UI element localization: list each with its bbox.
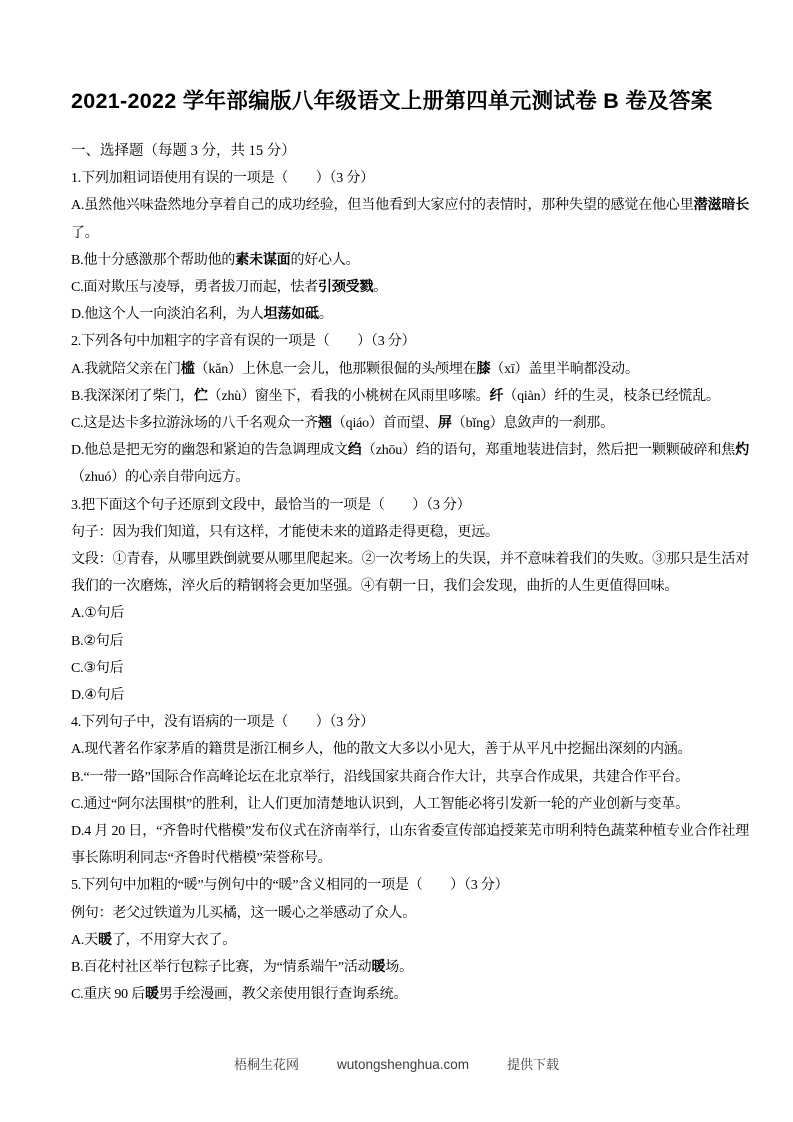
doc-paragraph: 5.下列句中加粗的“暖”与例句中的“暖”含义相同的一项是（ ）（3 分） (71, 872, 749, 899)
doc-paragraph: A.天暖了，不用穿大衣了。 (71, 927, 749, 954)
doc-paragraph: D.4 月 20 日，“齐鲁时代楷模”发布仪式在济南举行，山东省委宣传部追授莱芜… (71, 818, 749, 872)
bold-run: 翘 (318, 416, 332, 431)
footer-site-name: 梧桐生花网 (234, 1056, 299, 1074)
doc-paragraph: A.我就陪父亲在门槛（kǎn）上休息一会儿，他那颗很倔的头颅埋在膝（xī）盖里半… (71, 356, 749, 383)
section-heading: 一、选择题（每题 3 分，共 15 分） (71, 138, 749, 165)
text-run: 了，不用穿大衣了。 (112, 933, 236, 948)
bold-run: 坦荡如砥 (264, 307, 319, 322)
bold-run: 素未谋面 (235, 253, 290, 268)
page-title: 2021-2022 学年部编版八年级语文上册第四单元测试卷 B 卷及答案 (71, 86, 749, 116)
bold-run: 槛 (181, 362, 195, 377)
bold-run: 屏 (438, 416, 452, 431)
bold-run: 绉 (348, 443, 362, 458)
doc-paragraph: C.面对欺压与凌辱，勇者拔刀而起，怯者引颈受戮。 (71, 274, 749, 301)
text-run: B.“一带一路”国际合作高峰论坛在北京举行，沿线国家共商合作大计，共享合作成果，… (71, 770, 689, 785)
text-run: 例句：老父过铁道为儿买橘，这一暖心之举感动了众人。 (71, 906, 416, 921)
doc-paragraph: A.虽然他兴味盎然地分享着自己的成功经验，但当他看到大家应付的表情时，那种失望的… (71, 192, 749, 246)
doc-paragraph: B.百花村社区举行包粽子比赛，为“情系端午”活动暖场。 (71, 954, 749, 981)
text-run: A.虽然他兴味盎然地分享着自己的成功经验，但当他看到大家应付的表情时，那种失望的… (71, 198, 694, 213)
doc-paragraph: C.通过“阿尔法围棋”的胜利，让人们更加清楚地认识到，人工智能必将引发新一轮的产… (71, 791, 749, 818)
text-run: A.我就陪父亲在门 (71, 362, 181, 377)
footer-download-text: 提供下载 (507, 1056, 559, 1074)
doc-paragraph: 1.下列加粗词语使用有误的一项是（ ）（3 分） (71, 165, 749, 192)
text-run: 2.下列各句中加粗字的字音有误的一项是（ ）（3 分） (71, 334, 415, 349)
doc-paragraph: 2.下列各句中加粗字的字音有误的一项是（ ）（3 分） (71, 328, 749, 355)
text-run: 的好心人。 (290, 253, 359, 268)
text-run: 4.下列句子中，没有语病的一项是（ ）（3 分） (71, 715, 374, 730)
text-run: B.他十分感激那个帮助他的 (71, 253, 235, 268)
doc-paragraph: B.我深深闭了柴门，伫（zhù）窗坐下，看我的小桃树在风雨里哆嗦。纤（qiàn）… (71, 383, 749, 410)
doc-paragraph: 3.把下面这个句子还原到文段中，最恰当的一项是（ ）（3 分） (71, 492, 749, 519)
doc-paragraph: D.他这个人一向淡泊名利，为人坦荡如砥。 (71, 301, 749, 328)
text-run: （bǐng）息敛声的一刹那。 (452, 416, 614, 431)
text-run: B.百花村社区举行包粽子比赛，为“情系端午”活动 (71, 960, 371, 975)
text-run: （zhù）窗坐下，看我的小桃树在风雨里哆嗦。 (208, 389, 490, 404)
text-run: （qiàn）纤的生灵，枝条已经慌乱。 (503, 389, 720, 404)
text-run: D.他总是把无穷的幽怨和紧迫的告急调理成文 (71, 443, 348, 458)
doc-paragraph: D.④句后 (71, 682, 749, 709)
text-run: （zhōu）绉的语句，郑重地装进信封，然后把一颗颗破碎和焦 (362, 443, 735, 458)
doc-paragraph: A.现代著名作家茅盾的籍贯是浙江桐乡人，他的散文大多以小见大，善于从平凡中挖掘出… (71, 736, 749, 763)
document-page: 2021-2022 学年部编版八年级语文上册第四单元测试卷 B 卷及答案 一、选… (0, 0, 793, 1122)
bold-run: 膝 (476, 362, 490, 377)
text-run: B.②句后 (71, 634, 123, 649)
text-run: 5.下列句中加粗的“暖”与例句中的“暖”含义相同的一项是（ ）（3 分） (71, 878, 508, 893)
text-run: （zhuó）的心亲自带向远方。 (71, 470, 249, 485)
doc-paragraph: C.重庆 90 后暖男手绘漫画，教父亲使用银行查询系统。 (71, 981, 749, 1008)
text-run: 文段：①青春，从哪里跌倒就要从哪里爬起来。②一次考场上的失误，并不意味着我们的失… (71, 552, 749, 594)
doc-paragraph: D.他总是把无穷的幽怨和紧迫的告急调理成文绉（zhōu）绉的语句，郑重地装进信封… (71, 437, 749, 491)
footer-site-url: wutongshenghua.com (337, 1056, 469, 1074)
test-paper: 2021-2022 学年部编版八年级语文上册第四单元测试卷 B 卷及答案 一、选… (71, 0, 749, 1009)
bold-run: 暖 (98, 933, 112, 948)
bold-run: 伫 (194, 389, 208, 404)
bold-run: 引颈受戮 (318, 280, 373, 295)
bold-run: 灼 (735, 443, 749, 458)
doc-paragraph: B.②句后 (71, 628, 749, 655)
doc-paragraph: 文段：①青春，从哪里跌倒就要从哪里爬起来。②一次考场上的失误，并不意味着我们的失… (71, 546, 749, 600)
text-run: （xī）盖里半晌都没动。 (490, 362, 639, 377)
text-run: B.我深深闭了柴门， (71, 389, 194, 404)
doc-paragraph: A.①句后 (71, 600, 749, 627)
text-run: 1.下列加粗词语使用有误的一项是（ ）（3 分） (71, 171, 374, 186)
text-run: A.天 (71, 933, 98, 948)
doc-paragraph: 句子：因为我们知道，只有这样，才能使未来的道路走得更稳，更远。 (71, 519, 749, 546)
text-run: C.这是达卡多拉游泳场的八千名观众一齐 (71, 416, 318, 431)
doc-paragraph: B.“一带一路”国际合作高峰论坛在北京举行，沿线国家共商合作大计，共享合作成果，… (71, 764, 749, 791)
paragraph-list: 1.下列加粗词语使用有误的一项是（ ）（3 分）A.虽然他兴味盎然地分享着自己的… (71, 165, 749, 1008)
text-run: C.重庆 90 后 (71, 987, 145, 1002)
text-run: D.4 月 20 日，“齐鲁时代楷模”发布仪式在济南举行，山东省委宣传部追授莱芜… (71, 824, 749, 866)
text-run: C.面对欺压与凌辱，勇者拔刀而起，怯者 (71, 280, 318, 295)
text-run: D.④句后 (71, 688, 124, 703)
doc-paragraph: C.这是达卡多拉游泳场的八千名观众一齐翘（qiáo）首而望、屏（bǐng）息敛声… (71, 410, 749, 437)
text-run: 。 (319, 307, 333, 322)
text-run: （qiáo）首而望、 (332, 416, 438, 431)
text-run: 。 (373, 280, 387, 295)
text-run: （kǎn）上休息一会儿，他那颗很倔的头颅埋在 (195, 362, 477, 377)
bold-run: 纤 (489, 389, 503, 404)
text-run: D.他这个人一向淡泊名利，为人 (71, 307, 264, 322)
text-run: A.现代著名作家茅盾的籍贯是浙江桐乡人，他的散文大多以小见大，善于从平凡中挖掘出… (71, 742, 691, 757)
doc-paragraph: B.他十分感激那个帮助他的素未谋面的好心人。 (71, 247, 749, 274)
page-footer: 梧桐生花网 wutongshenghua.com 提供下载 (0, 1056, 793, 1074)
doc-paragraph: C.③句后 (71, 655, 749, 682)
text-run: C.通过“阿尔法围棋”的胜利，让人们更加清楚地认识到，人工智能必将引发新一轮的产… (71, 797, 689, 812)
text-run: 句子：因为我们知道，只有这样，才能使未来的道路走得更稳，更远。 (71, 525, 499, 540)
doc-paragraph: 4.下列句子中，没有语病的一项是（ ）（3 分） (71, 709, 749, 736)
text-run: 场。 (385, 960, 413, 975)
bold-run: 暖 (371, 960, 385, 975)
text-run: 男手绘漫画，教父亲使用银行查询系统。 (159, 987, 407, 1002)
text-run: 了。 (71, 226, 99, 241)
doc-paragraph: 例句：老父过铁道为儿买橘，这一暖心之举感动了众人。 (71, 900, 749, 927)
text-run: C.③句后 (71, 661, 123, 676)
text-run: 3.把下面这个句子还原到文段中，最恰当的一项是（ ）（3 分） (71, 498, 471, 513)
text-run: A.①句后 (71, 606, 124, 621)
bold-run: 潜滋暗长 (694, 198, 749, 213)
bold-run: 暖 (145, 987, 159, 1002)
